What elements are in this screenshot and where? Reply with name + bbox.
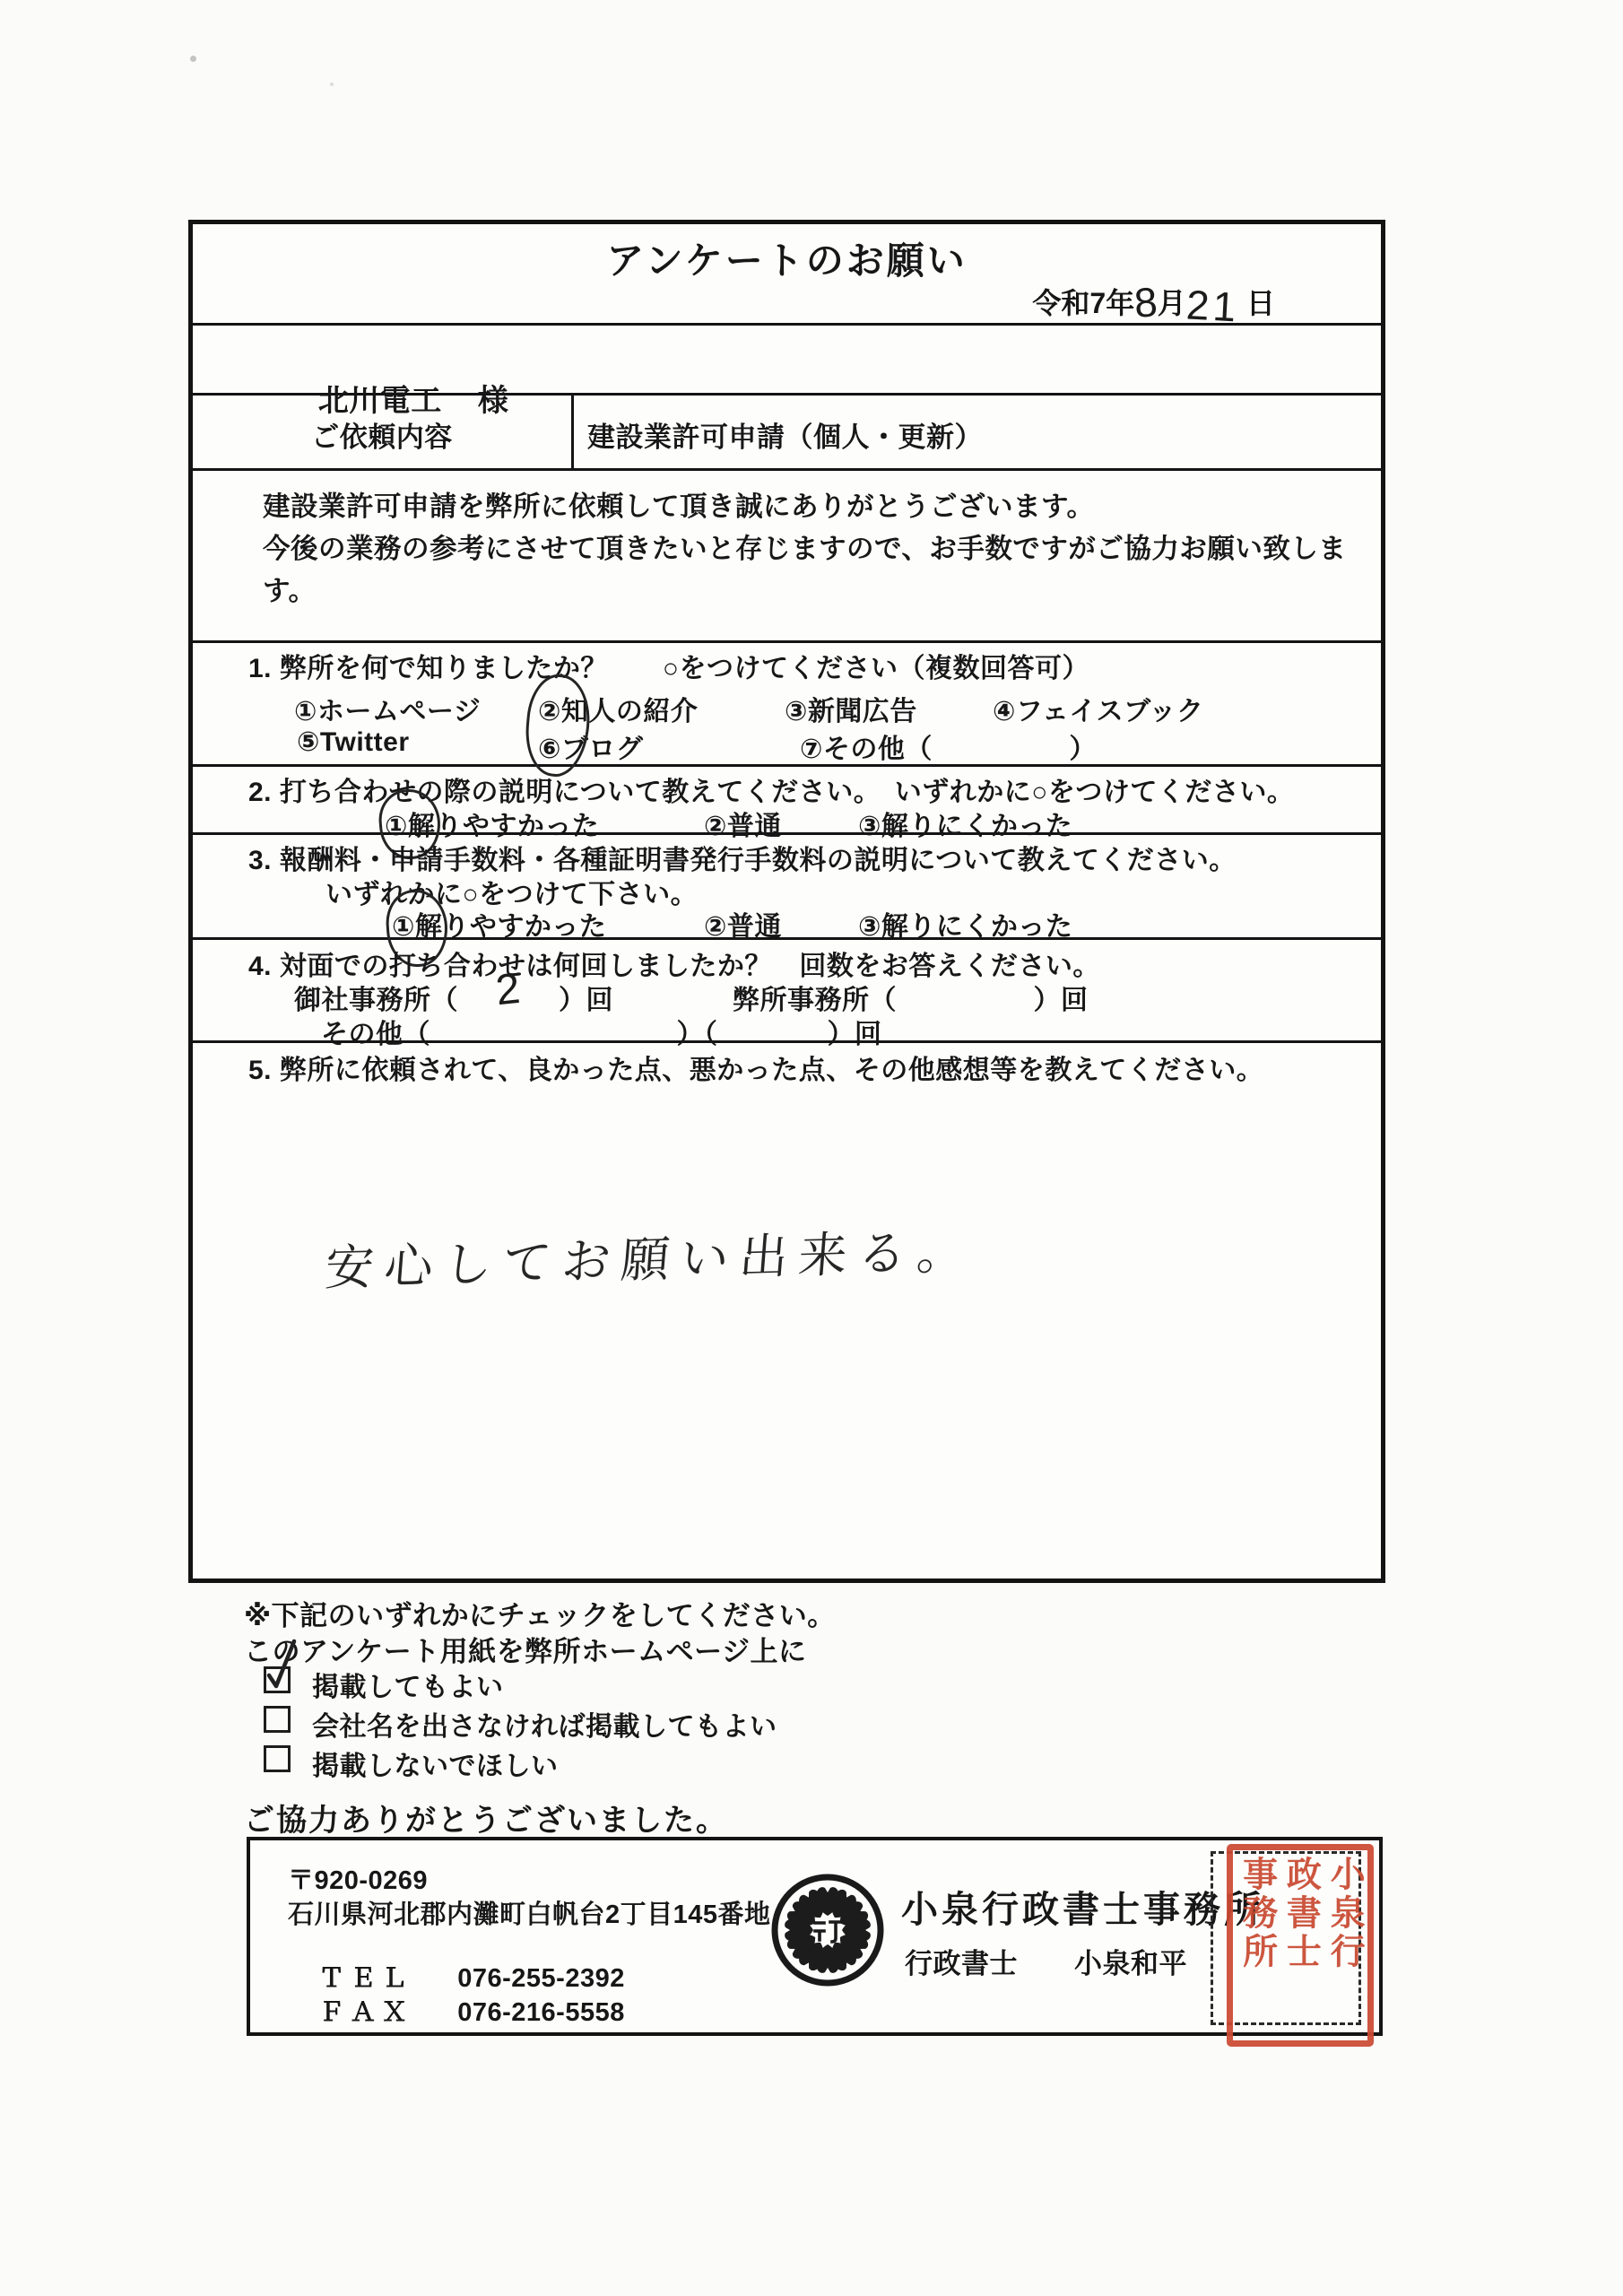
intro-line-1: 建設業許可申請を弊所に依頼して頂き誠にありがとうございます。 [263,484,1095,524]
divider [571,393,574,468]
publish-option-1-label: 掲載してもよい [312,1665,504,1704]
date-month-unit: 月 [1158,287,1186,319]
office-logo-icon [768,1871,887,1989]
request-label: ご依頼内容 [193,414,571,455]
fax-number: 076-216-5558 [457,1998,625,2027]
scan-speck [190,56,196,62]
date-month-handwritten: 8 [1133,277,1159,327]
seal-column-left: 事務所 [1237,1856,1277,2040]
intro-line-2: 今後の業務の参考にさせて頂きたいと存じますので、お手数ですがご協力お願い致しま [263,526,1346,566]
postal-code: 〒920-0269 [288,1860,428,1897]
q1-option-facebook: ④フェイスブック [993,689,1204,728]
office-seal-stamp: 小泉行 政書士 事務所 [1227,1844,1374,2047]
date-day-unit: 日 [1246,287,1275,319]
checkbox-publish-anonymous [264,1706,291,1733]
date-day-handwritten: 21 [1185,280,1240,331]
publish-option-2-label: 会社名を出さなければ掲載してもよい [312,1704,777,1744]
q1-title: 1. 弊所を何で知りましたか？ ○をつけてください（複数回答可） [248,646,1089,685]
q1-option-other: ⑦その他（ ） [800,726,1097,766]
scan-speck [330,83,334,86]
publish-option-3-label: 掲載しないでほしい [312,1744,559,1783]
q5-answer-handwritten: 安心してお願い出来る。 [323,1213,979,1299]
date-line: 令和7年8月21日 [1032,274,1275,323]
recipient-company: 北川電工 [318,384,442,418]
thanks-message: ご協力ありがとうございました。 [244,1796,728,1839]
survey-form-box: アンケートのお願い 令和7年8月21日 北川電工様 ご依頼内容 建設業許可申請（… [188,220,1385,1583]
seal-column-middle: 政書士 [1280,1856,1321,2040]
fax-label: ＦＡＸ [318,1998,412,2027]
checkmark-icon [262,1636,301,1692]
q1-option-newspaper: ③新聞広告 [785,689,917,728]
seal-column-right: 小泉行 [1324,1856,1364,2040]
request-value: 建設業許可申請（個人・更新） [587,414,983,455]
office-address: 石川県河北郡内灘町白帆台2丁目145番地 [288,1894,771,1931]
q3-option-normal: ②普通 [704,904,782,944]
q5-title: 5. 弊所に依頼されて、良かった点、悪かった点、その他感想等を教えてください。 [248,1048,1263,1087]
checkbox-publish-no [264,1745,291,1772]
date-era: 令和7年 [1032,287,1134,319]
q3-option-hard: ③解りにくかった [858,904,1072,944]
publish-lead: このアンケート用紙を弊所ホームページ上に [244,1629,807,1669]
q1-option-homepage: ①ホームページ [294,689,481,728]
fax-line: ＦＡＸ076-216-5558 [288,1962,625,2058]
divider [193,640,1381,643]
publish-note: ※下記のいずれかにチェックをしてください。 [244,1593,836,1633]
divider [193,832,1381,835]
divider [193,468,1381,471]
divider [193,937,1381,940]
q4-office-count-handwritten: 2 [493,964,523,1016]
representative-name: 行政書士 小泉和平 [905,1941,1187,1981]
intro-line-3: す。 [263,569,317,608]
divider [193,764,1381,767]
q4-other-line: その他（ ）（ ）回 [321,1012,882,1051]
q1-option-twitter: ⑤Twitter [297,726,410,758]
recipient-honorific: 様 [478,384,509,418]
